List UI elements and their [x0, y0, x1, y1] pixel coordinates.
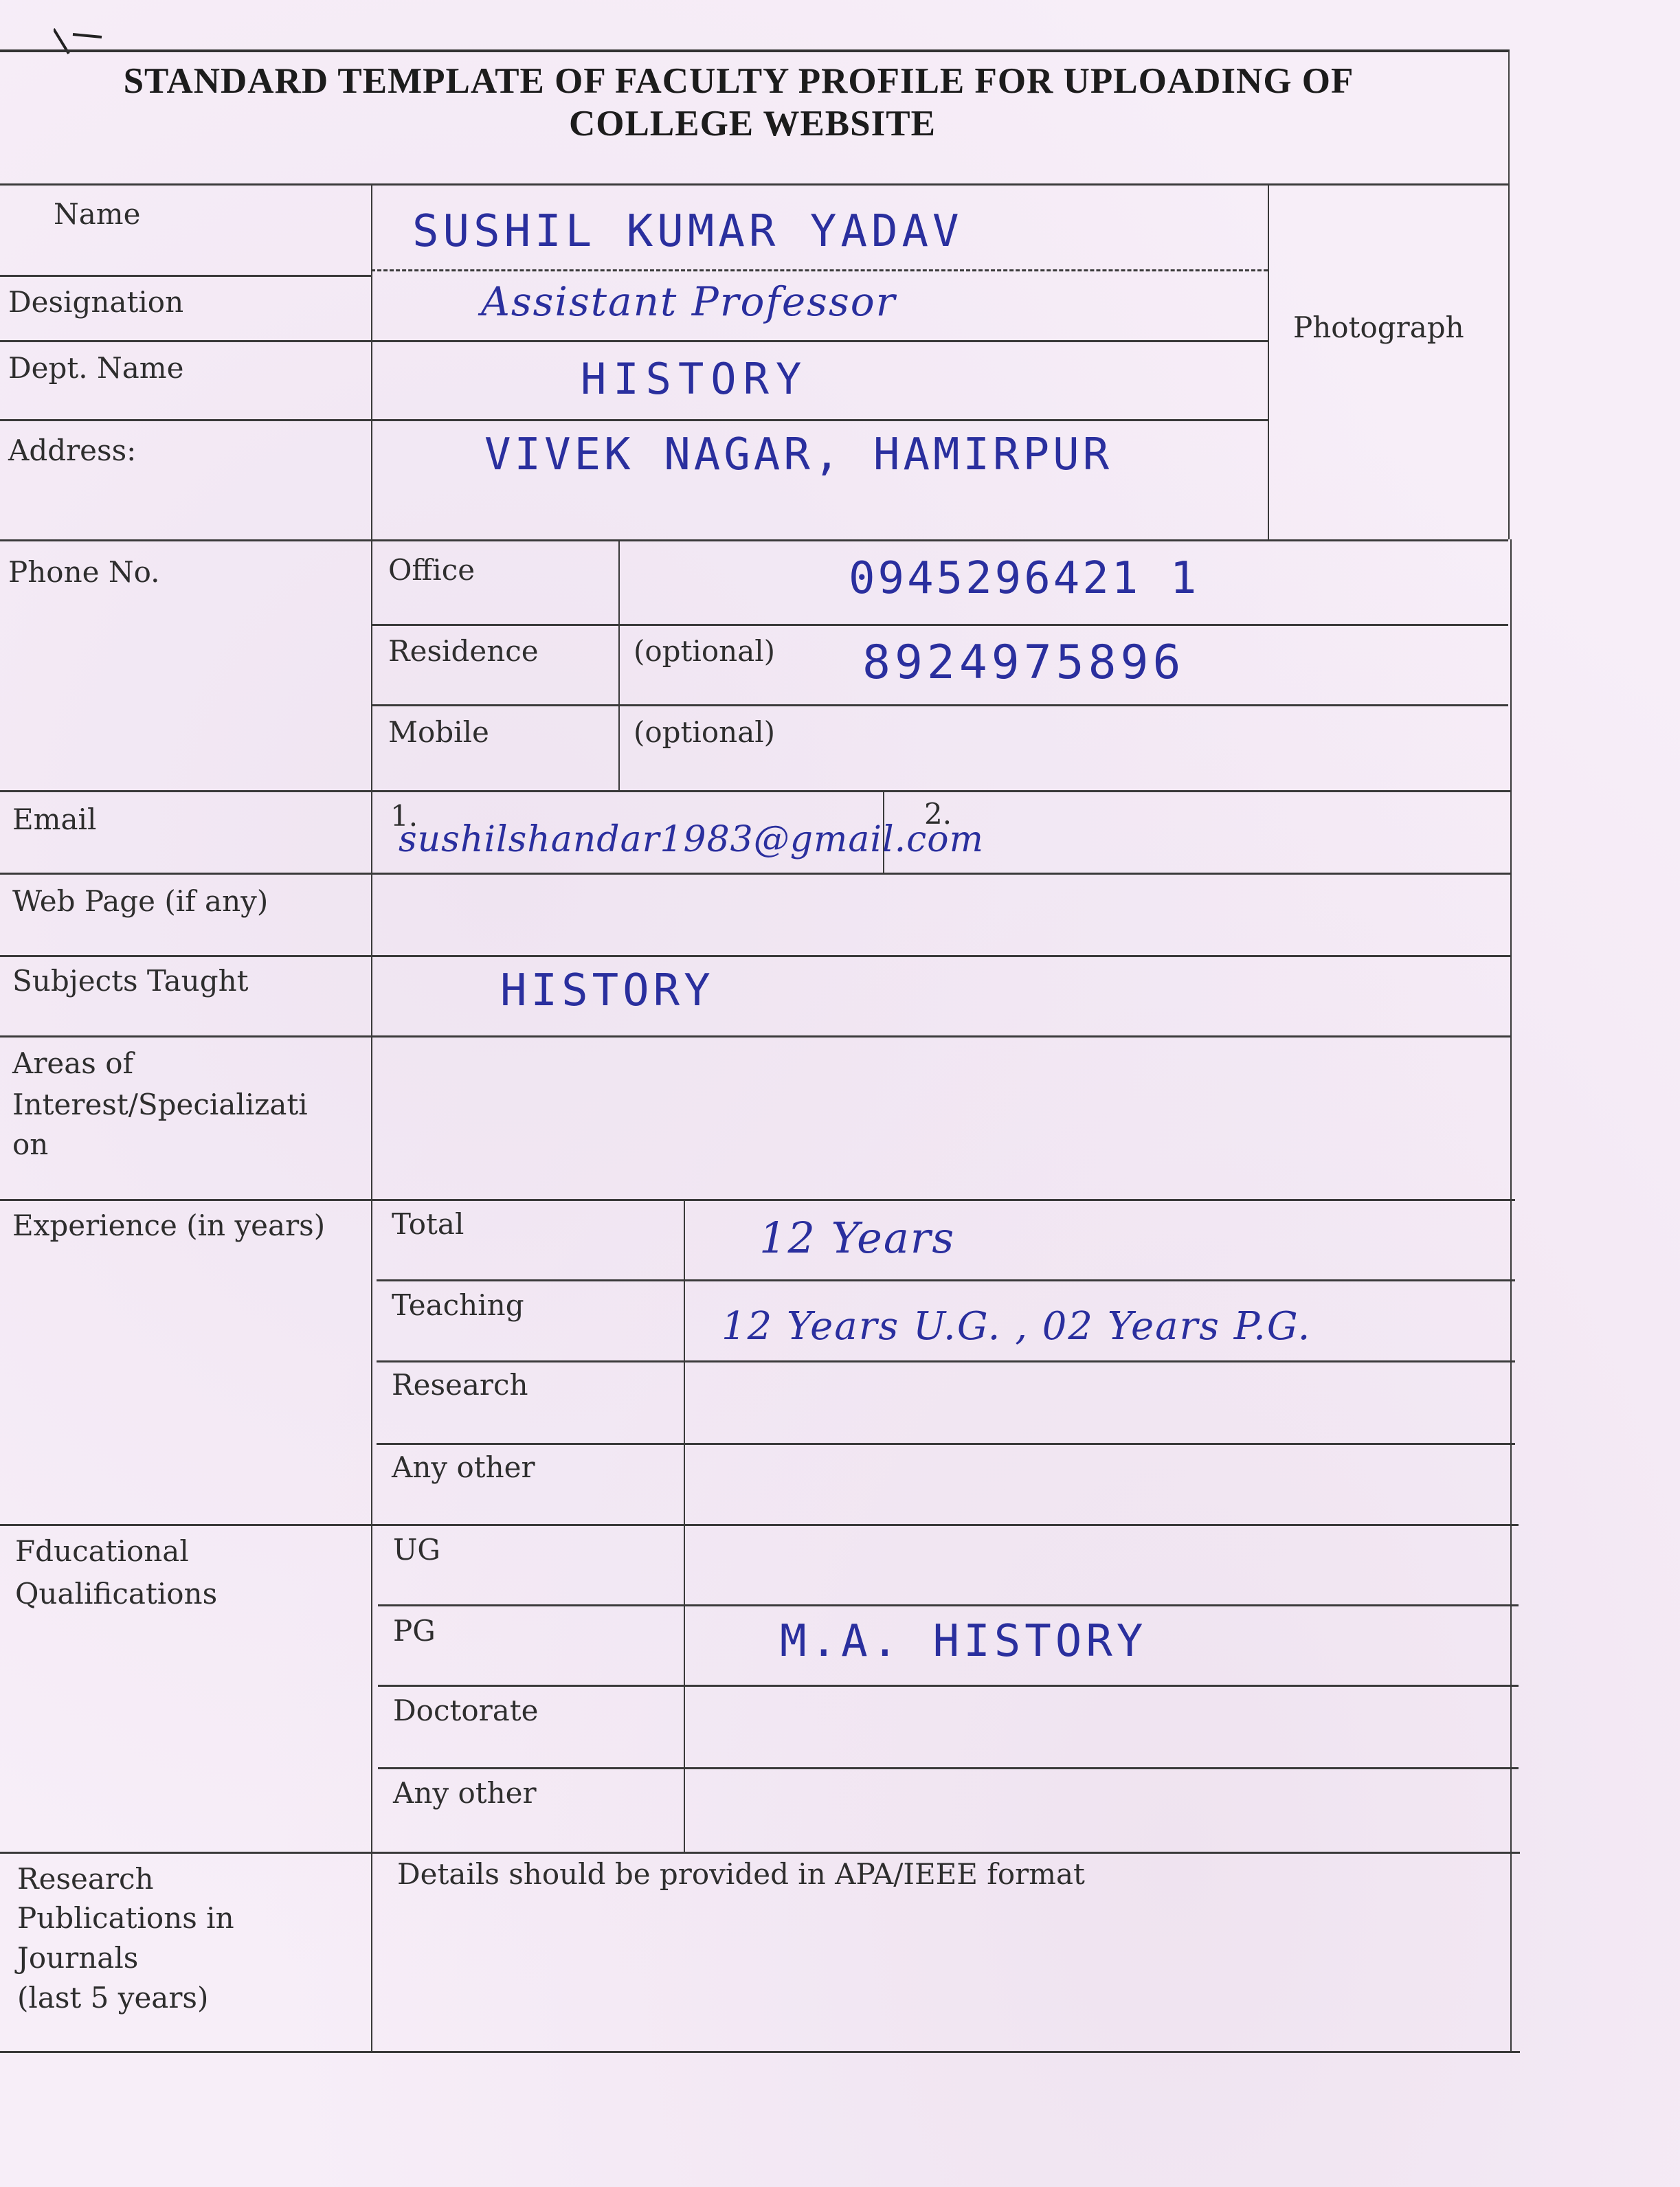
rule [0, 1524, 1519, 1526]
rule [0, 539, 1508, 541]
webpage-label: Web Page (if any) [12, 881, 268, 922]
rule [371, 624, 1508, 626]
education-doctorate-label: Doctorate [393, 1690, 539, 1731]
rule [377, 1279, 1515, 1281]
rule [371, 269, 1268, 271]
education-pg-value[interactable]: M.A. HISTORY [780, 1616, 1147, 1667]
subjects-label: Subjects Taught [12, 961, 249, 1002]
name-label: Name [54, 194, 140, 235]
phone-residence-value[interactable]: 8924975896 [862, 636, 1185, 690]
rule [684, 1199, 685, 1852]
rule [377, 1360, 1515, 1362]
experience-research-label: Research [392, 1365, 528, 1406]
education-other-label: Any other [393, 1773, 537, 1814]
publications-label-line1: Research [17, 1859, 154, 1900]
phone-office-value[interactable]: 0945296421 1 [849, 553, 1199, 604]
rule [0, 1199, 1515, 1201]
phone-mobile-label: Mobile [388, 712, 489, 753]
name-value[interactable]: SUSHIL KUMAR YADAV [412, 206, 963, 257]
rule [1268, 183, 1269, 539]
rule [0, 1035, 1512, 1038]
experience-total-label: Total [392, 1204, 464, 1245]
experience-other-label: Any other [392, 1447, 535, 1488]
rule [0, 955, 1512, 957]
experience-label: Experience (in years) [12, 1205, 325, 1246]
form-title-line1: STANDARD TEMPLATE OF FACULTY PROFILE FOR… [0, 60, 1477, 102]
experience-teaching-label: Teaching [392, 1285, 524, 1326]
publications-instruction: Details should be provided in APA/IEEE f… [397, 1854, 1085, 1895]
rule [1508, 183, 1510, 539]
education-pg-label: PG [393, 1611, 436, 1652]
rule [378, 1685, 1519, 1687]
rule [377, 1443, 1515, 1445]
email-value-1[interactable]: sushilshandar1983@gmail.com [399, 819, 984, 860]
rule [0, 419, 1268, 421]
rule [371, 183, 372, 2051]
publications-label-line3: Journals [17, 1938, 138, 1979]
phone-residence-label: Residence [388, 631, 539, 672]
rule [0, 2051, 1520, 2053]
rule [0, 873, 1512, 875]
dept-value[interactable]: HISTORY [581, 354, 808, 404]
rule [0, 790, 1512, 792]
rule [0, 340, 1268, 342]
subjects-value[interactable]: HISTORY [500, 965, 715, 1016]
rule [0, 183, 1508, 186]
education-label-line1: Fducational [15, 1531, 189, 1572]
designation-value[interactable]: Assistant Professor [481, 278, 896, 325]
publications-label-line4: (last 5 years) [17, 1977, 208, 2019]
address-value[interactable]: VIVEK NAGAR, HAMIRPUR [484, 429, 1112, 480]
experience-total-value[interactable]: 12 Years [759, 1213, 955, 1263]
phone-residence-note: (optional) [634, 631, 775, 672]
address-label: Address: [8, 430, 136, 471]
email-label: Email [12, 799, 96, 840]
experience-teaching-value[interactable]: 12 Years U.G. , 02 Years P.G. [721, 1304, 1311, 1349]
rule [618, 539, 620, 790]
rule [378, 1767, 1519, 1769]
rule [0, 275, 371, 277]
areas-label-line3: on [12, 1124, 48, 1165]
areas-label-line1: Areas of [12, 1043, 133, 1084]
phone-mobile-note: (optional) [634, 712, 775, 753]
dept-label: Dept. Name [8, 348, 183, 389]
photograph-placeholder: Photograph [1293, 307, 1464, 348]
education-label-line2: Qualifications [15, 1573, 217, 1615]
rule [371, 704, 1508, 706]
rule [378, 1604, 1519, 1606]
form-title-line2: COLLEGE WEBSITE [14, 103, 1491, 144]
education-ug-label: UG [393, 1529, 440, 1571]
phone-label: Phone No. [8, 552, 160, 593]
rule [1510, 539, 1512, 2051]
areas-label-line2: Interest/Specializati [12, 1084, 308, 1125]
publications-label-line2: Publications in [17, 1898, 234, 1939]
phone-office-label: Office [388, 550, 475, 591]
designation-label: Designation [8, 282, 183, 323]
